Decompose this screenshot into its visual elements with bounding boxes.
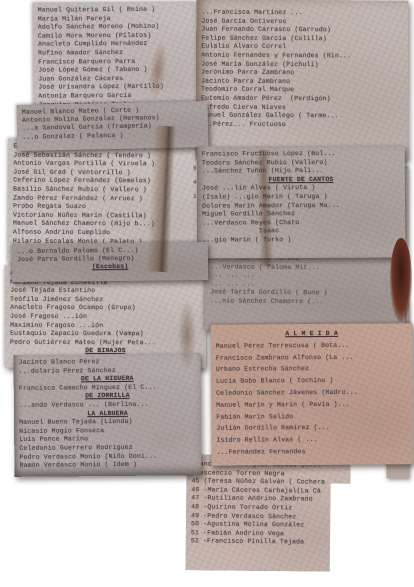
name-list: ...o Bernaldo Palomo (El C...)José Parra… bbox=[17, 246, 203, 273]
name-list: ...Francisca Martínez ...José García Ont… bbox=[201, 8, 404, 129]
paper-fragment-almeida: A L M E I D AManuel Pérez Torrescusa ( B… bbox=[211, 323, 414, 465]
text-line: Eutemio Amador Pérez (Perdigón) bbox=[201, 94, 403, 104]
paper-fragment-top-left: Manuel Quiteria Gil ( Reina )María Milán… bbox=[33, 1, 198, 114]
text-line: Pedro Gutiérrez Mateo (Mujer Peta... bbox=[10, 338, 201, 347]
text-line: Ramón Verdasco Monio ( Idem ) bbox=[19, 460, 196, 470]
paper-fragment-bottom: Francisco Domínguez Nieves (M...Crescenc… bbox=[185, 454, 350, 572]
paper-fragment-right-mid: Francisco Fructuoso López (Bol...Teodoro… bbox=[197, 145, 406, 258]
text-line: José Tejada Estantino bbox=[10, 287, 201, 296]
name-list: Francisco Fructuoso López (Bol...Teodoro… bbox=[202, 149, 400, 245]
paper-fragment-left-strip: Manuel Blanco Mateo ( Corte )Antonio Mol… bbox=[17, 101, 209, 151]
text-line: 52 -Francisco Pinilla Tejada bbox=[191, 538, 345, 548]
name-list: Marín Caballero Moreno...Verdasco ( Palo… bbox=[210, 254, 400, 307]
text-line: Alfonso Andrino Cumplido bbox=[13, 228, 202, 238]
text-line: José Fragoso ...ión bbox=[10, 313, 201, 322]
name-list: Francisco Domínguez Nieves (M...Crescenc… bbox=[191, 460, 346, 548]
name-list: Jacinto Blanco Pérez...dolario Pérez Sán… bbox=[19, 357, 197, 470]
paper-fragment-right-top: ...Francisca Martínez ...José García Ont… bbox=[196, 0, 409, 161]
text-line: ...Fernández Fernandes bbox=[216, 445, 408, 458]
paper-fragment-left-strip-2: ...o Bernaldo Palomo (El C...)José Parra… bbox=[12, 242, 208, 282]
text-line: Basilio Sánchez Rubio ( Vallero ) bbox=[13, 185, 202, 195]
paper-fragment-right-overlap: Marín Caballero Moreno...Verdasco ( Palo… bbox=[205, 250, 406, 332]
name-list: Antonio Tejada Cervilla Arangu...Mariano… bbox=[10, 270, 201, 357]
name-list: A L M E I D AManuel Pérez Torrescusa ( B… bbox=[216, 327, 409, 458]
text-line: ...gio Marín ( Turko ) bbox=[202, 235, 400, 245]
name-list: Manuel Blanco Mateo ( Corte )Antonio Mol… bbox=[22, 105, 204, 141]
paper-fragment-left-bottom: Jacinto Blanco Pérez...dolario Pérez Sán… bbox=[13, 353, 201, 477]
document-photo-collage: Manuel Quiteria Gil ( Reina )María Milán… bbox=[0, 0, 414, 587]
name-list: Enrique González Cáceres (Obrero)José Se… bbox=[13, 143, 203, 256]
section-heading: (Escobas) bbox=[17, 262, 203, 272]
text-line: ...nio Sánchez Chamorro (... bbox=[210, 297, 400, 307]
text-line: Eustaquio Zapacio Guedura (Vampa) bbox=[10, 330, 201, 339]
text-line: ...Pérez... Fructuoso bbox=[201, 120, 403, 130]
name-list: Manuel Quiteria Gil ( Reina )María Milán… bbox=[38, 5, 193, 109]
